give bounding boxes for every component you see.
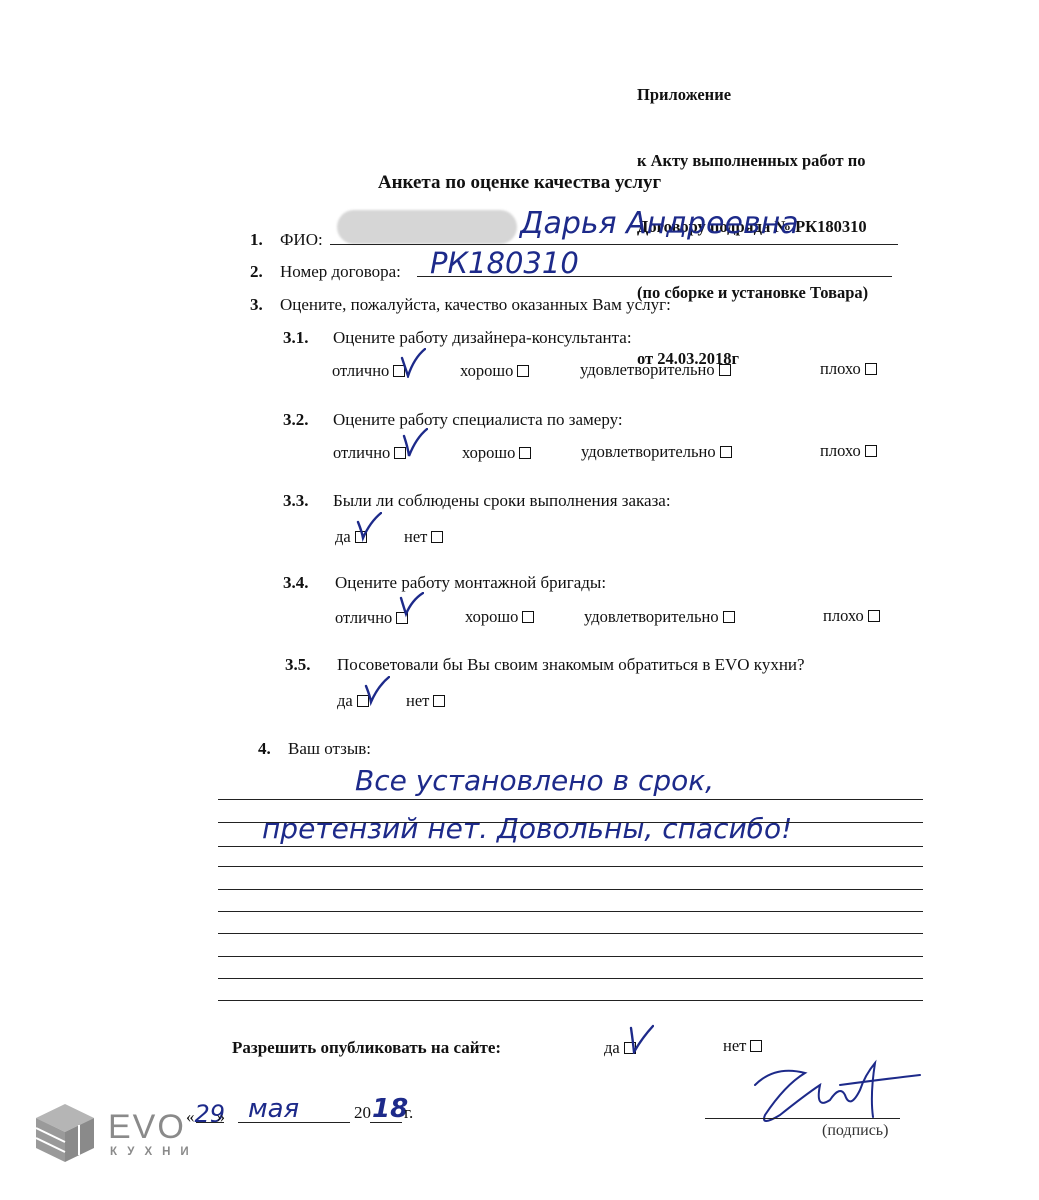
review-rule <box>218 933 923 934</box>
appendix-line: (по сборке и установке Товара) <box>637 282 868 304</box>
checkmark-icon <box>400 348 426 378</box>
option-label: отлично <box>332 361 389 380</box>
question-label: Посоветовали бы Вы своим знакомым обрати… <box>337 655 805 674</box>
checkbox[interactable] <box>517 365 529 377</box>
checkmark-icon <box>364 676 390 706</box>
checkmark-icon <box>402 428 428 458</box>
appendix-line: Приложение <box>637 84 868 106</box>
review-rule <box>218 846 923 847</box>
option-excellent[interactable]: отлично <box>332 361 405 381</box>
option-label: нет <box>723 1036 746 1055</box>
review-rule <box>218 889 923 890</box>
question-number: 1. <box>250 230 280 250</box>
question-3-2: 3.2.Оцените работу специалиста по замеру… <box>283 410 623 430</box>
signature-caption: (подпись) <box>822 1122 888 1140</box>
checkbox[interactable] <box>519 447 531 459</box>
evo-logo-icon <box>34 1102 96 1169</box>
date-year-underline <box>370 1122 402 1123</box>
review-rule <box>218 822 923 823</box>
question-number: 3.5. <box>285 655 337 675</box>
option-label: отлично <box>333 443 390 462</box>
review-rule <box>218 799 923 800</box>
date-quote: « <box>186 1107 195 1126</box>
form-title: Анкета по оценке качества услуг <box>0 172 1039 194</box>
option-good[interactable]: хорошо <box>460 361 529 381</box>
option-good[interactable]: хорошо <box>465 607 534 627</box>
option-bad[interactable]: плохо <box>823 606 880 626</box>
option-bad[interactable]: плохо <box>820 441 877 461</box>
question-number: 3.4. <box>283 573 335 593</box>
option-label: да <box>337 691 353 710</box>
option-label: удовлетворительно <box>581 442 716 461</box>
question-number: 3.3. <box>283 491 333 511</box>
date-year-unit: г. <box>404 1103 413 1123</box>
option-label: нет <box>404 527 427 546</box>
question-label: Оцените работу дизайнера-консультанта: <box>333 328 632 347</box>
logo-subtitle: КУХНИ <box>110 1146 199 1158</box>
checkmark-icon <box>398 592 424 622</box>
question-label: Номер договора: <box>280 262 401 281</box>
date-day[interactable]: 29 <box>195 1100 217 1128</box>
review-line-2[interactable]: претензий нет. Довольны, спасибо! <box>262 812 792 845</box>
checkbox[interactable] <box>865 363 877 375</box>
checkmark-icon <box>356 512 382 542</box>
publish-label: Разрешить опубликовать на сайте: <box>232 1038 501 1058</box>
option-label: хорошо <box>460 361 513 380</box>
option-label: удовлетворительно <box>580 360 715 379</box>
option-label: да <box>335 527 351 546</box>
option-bad[interactable]: плохо <box>820 359 877 379</box>
review-rule <box>218 1000 923 1001</box>
option-label: плохо <box>820 359 861 378</box>
question-2: 2.Номер договора: <box>250 262 401 282</box>
option-no[interactable]: нет <box>406 691 445 711</box>
date-year-suffix[interactable]: 18 <box>372 1094 408 1124</box>
question-label: Были ли соблюдены сроки выполнения заказ… <box>333 491 671 510</box>
option-satisfactory[interactable]: удовлетворительно <box>584 607 735 627</box>
contract-number-value[interactable]: РК180310 <box>430 246 579 280</box>
date-day-underline <box>196 1122 224 1123</box>
question-label: Ваш отзыв: <box>288 739 371 758</box>
option-label: да <box>604 1038 620 1057</box>
review-rule <box>218 866 923 867</box>
option-satisfactory[interactable]: удовлетворительно <box>580 360 731 380</box>
option-good[interactable]: хорошо <box>462 443 531 463</box>
review-line-1[interactable]: Все установлено в срок, <box>355 764 714 797</box>
appendix-line: к Акту выполненных работ по <box>637 150 868 172</box>
review-rule <box>218 978 923 979</box>
checkbox[interactable] <box>865 445 877 457</box>
question-number: 3.1. <box>283 328 333 348</box>
question-3: 3.Оцените, пожалуйста, качество оказанны… <box>250 295 671 315</box>
checkbox[interactable] <box>720 446 732 458</box>
checkbox[interactable] <box>723 611 735 623</box>
fio-value[interactable]: Дарья Андреевна <box>520 206 799 241</box>
checkbox[interactable] <box>433 695 445 707</box>
checkmark-icon <box>628 1024 654 1054</box>
review-rule <box>218 956 923 957</box>
checkbox[interactable] <box>750 1040 762 1052</box>
review-rule <box>218 911 923 912</box>
question-number: 4. <box>258 739 288 759</box>
question-3-5: 3.5.Посоветовали бы Вы своим знакомым об… <box>285 655 805 675</box>
question-number: 3. <box>250 295 280 315</box>
checkbox[interactable] <box>522 611 534 623</box>
question-number: 3.2. <box>283 410 333 430</box>
redacted-surname <box>337 210 517 244</box>
question-label: ФИО: <box>280 230 323 249</box>
question-3-1: 3.1.Оцените работу дизайнера-консультант… <box>283 328 632 348</box>
question-label: Оцените, пожалуйста, качество оказанных … <box>280 295 671 314</box>
question-label: Оцените работу монтажной бригады: <box>335 573 606 592</box>
option-label: хорошо <box>462 443 515 462</box>
question-3-4: 3.4.Оцените работу монтажной бригады: <box>283 573 606 593</box>
question-1: 1.ФИО: <box>250 230 323 250</box>
checkbox[interactable] <box>719 364 731 376</box>
date-month-underline <box>238 1122 350 1123</box>
option-label: нет <box>406 691 429 710</box>
checkbox[interactable] <box>868 610 880 622</box>
option-label: удовлетворительно <box>584 607 719 626</box>
signature-underline <box>705 1118 900 1119</box>
date-quote: » <box>217 1107 226 1126</box>
option-no[interactable]: нет <box>404 527 443 547</box>
date-field: «29» <box>186 1100 225 1128</box>
option-excellent[interactable]: отлично <box>333 443 406 463</box>
question-label: Оцените работу специалиста по замеру: <box>333 410 623 429</box>
question-4: 4.Ваш отзыв: <box>258 739 371 759</box>
question-3-3: 3.3.Были ли соблюдены сроки выполнения з… <box>283 491 671 511</box>
date-year-prefix: 20 <box>354 1103 371 1123</box>
option-label: хорошо <box>465 607 518 626</box>
date-month[interactable]: мая <box>248 1094 299 1124</box>
option-satisfactory[interactable]: удовлетворительно <box>581 442 732 462</box>
checkbox[interactable] <box>431 531 443 543</box>
fio-underline <box>330 244 898 245</box>
option-label: отлично <box>335 608 392 627</box>
logo-brand: EVO <box>108 1108 186 1147</box>
option-label: плохо <box>820 441 861 460</box>
option-label: плохо <box>823 606 864 625</box>
question-number: 2. <box>250 262 280 282</box>
publish-no[interactable]: нет <box>723 1036 762 1056</box>
